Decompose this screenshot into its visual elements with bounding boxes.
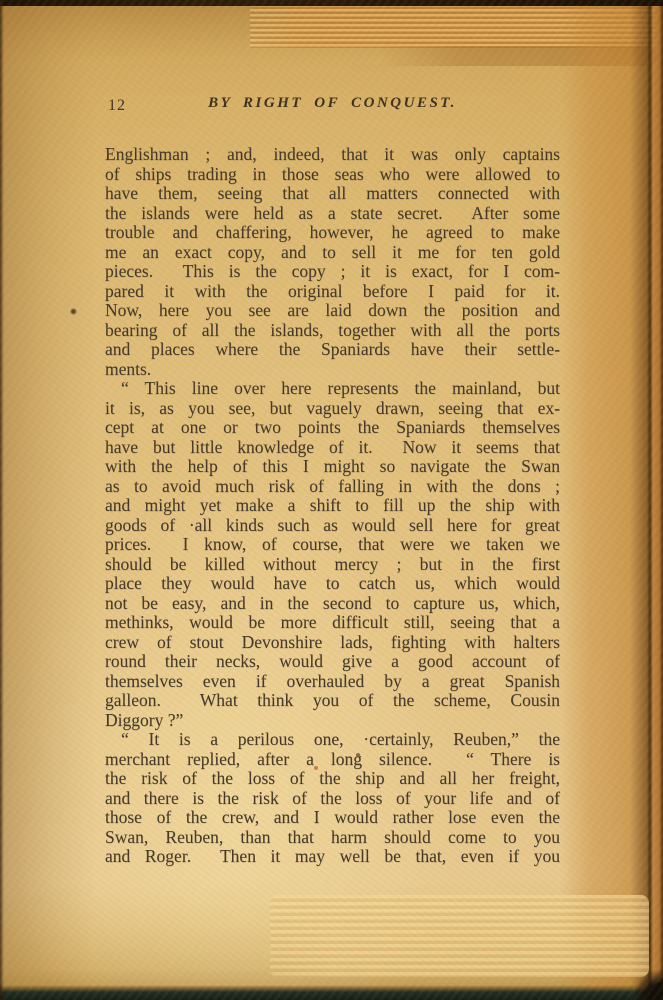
text-line: pared it with the original before I paid… <box>105 282 560 302</box>
text-line: and Roger. Then it may well be that, eve… <box>105 847 560 867</box>
page-fore-edge <box>560 0 663 1000</box>
text-line: trouble and chaffering, however, he agre… <box>105 223 560 243</box>
running-header: BY RIGHT OF CONQUEST. <box>105 95 560 112</box>
text-line: not be easy, and in the second to captur… <box>105 594 560 614</box>
text-line: it is, as you see, but vaguely drawn, se… <box>105 399 560 419</box>
text-line: and places where the Spaniards have thei… <box>105 340 560 360</box>
text-line: the islands were held as a state secret.… <box>105 204 560 224</box>
text-line: have them, seeing that all matters conne… <box>105 184 560 204</box>
text-line: Diggory ?” <box>105 711 560 731</box>
text-block: Englishman ; and, indeed, that it was on… <box>105 145 560 867</box>
text-line: and might yet make a shift to fill up th… <box>105 496 560 516</box>
text-line: have but little knowledge of it. Now it … <box>105 438 560 458</box>
text-line: cept at one or two points the Spaniards … <box>105 418 560 438</box>
text-line: prices. I know, of course, that were we … <box>105 535 560 555</box>
text-line: “ It is a perilous one, ·certainly, Reub… <box>105 730 560 750</box>
text-line: crew of stout Devonshire lads, fighting … <box>105 633 560 653</box>
book-edge-top <box>0 0 663 6</box>
text-line: place they would have to catch us, which… <box>105 574 560 594</box>
text-line: me an exact copy, and to sell it me for … <box>105 243 560 263</box>
book-edge-left <box>0 0 4 1000</box>
text-line: should be killed without mercy ; but in … <box>105 555 560 575</box>
text-line: as to avoid much risk of falling in with… <box>105 477 560 497</box>
text-line: and there is the risk of the loss of you… <box>105 789 560 809</box>
page-stack-edge-bottom <box>270 895 649 977</box>
paper-fleck <box>70 308 77 315</box>
text-line: those of the crew, and I would rather lo… <box>105 808 560 828</box>
book-corner-shadow <box>635 966 663 1000</box>
text-line: “ This line over here represents the mai… <box>105 379 560 399</box>
text-line: methinks, would be more difficult still,… <box>105 613 560 633</box>
text-line: merchant replied, after a long silence. … <box>105 750 560 770</box>
paper-fleck <box>314 766 318 770</box>
text-line: of ships trading in those seas who were … <box>105 165 560 185</box>
text-line: Now, here you see are laid down the posi… <box>105 301 560 321</box>
text-line: bearing of all the islands, together wit… <box>105 321 560 341</box>
text-line: pieces. This is the copy ; it is exact, … <box>105 262 560 282</box>
book-page-scan: 12 BY RIGHT OF CONQUEST. Englishman ; an… <box>0 0 663 1000</box>
text-line: galleon. What think you of the scheme, C… <box>105 691 560 711</box>
text-line: with the help of this I might so navigat… <box>105 457 560 477</box>
paper-fleck <box>356 753 360 757</box>
text-line: themselves even if overhauled by a great… <box>105 672 560 692</box>
text-line: Swan, Reuben, than that harm should come… <box>105 828 560 848</box>
text-line: Englishman ; and, indeed, that it was on… <box>105 145 560 165</box>
text-line: the risk of the loss of the ship and all… <box>105 769 560 789</box>
text-line: goods of ·all kinds such as would sell h… <box>105 516 560 536</box>
text-line: ments. <box>105 360 560 380</box>
book-edge-bottom <box>0 985 663 1000</box>
text-line: round their necks, would give a good acc… <box>105 652 560 672</box>
